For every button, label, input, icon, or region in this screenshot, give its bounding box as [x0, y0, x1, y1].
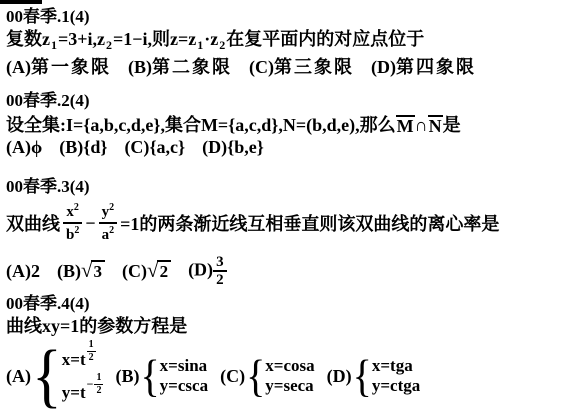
q1-body-text: =3+i,z: [58, 29, 105, 49]
question-2-choices: (A)ϕ (B){d} (C){a,c} (D){b,e}: [6, 136, 575, 158]
choice-label: (C): [220, 366, 245, 387]
q1-subscript: 1: [51, 38, 57, 52]
choice-label: (B): [59, 137, 83, 157]
q2-body-text: 是: [443, 114, 461, 136]
choice-label: (B): [128, 57, 152, 77]
question-2-heading: 00春季.2(4): [6, 90, 575, 112]
fraction-denominator: 2: [216, 272, 224, 289]
choice-text: 第四象限: [396, 57, 476, 77]
choice-text: {a,c}: [149, 137, 185, 157]
choice-label: (A): [6, 261, 31, 281]
choice-text: ϕ: [31, 137, 42, 157]
q1-body-text: 复数z: [6, 29, 50, 49]
q1-body-text: ·z: [204, 29, 218, 49]
exponent: 12: [87, 340, 96, 363]
choice-text: 第一象限: [31, 57, 111, 77]
choice-b: (B){d}: [59, 136, 107, 158]
intersection-symbol: ∩: [415, 114, 428, 136]
radicand: 2: [157, 260, 172, 280]
y-equation: y=csca: [160, 376, 208, 396]
choice-a: (A)2: [6, 261, 40, 282]
choice-label: (A): [6, 137, 31, 157]
y-equation: y=seca: [265, 376, 314, 396]
minus-operator: −: [85, 213, 95, 234]
fraction-denominator: a2: [99, 224, 118, 244]
question-4-choices: (A) { x=t12 y=t−12 (B) { x=sina y=csca (…: [6, 337, 575, 415]
choice-text: 第二象限: [152, 57, 232, 77]
parametric-system: x=cosa y=seca: [265, 356, 314, 396]
left-brace: {: [246, 353, 265, 399]
fraction-numerator: x2: [63, 202, 82, 224]
choice-a: (A)ϕ: [6, 136, 42, 158]
left-brace: {: [32, 340, 62, 411]
q1-subscript: 2: [219, 38, 225, 52]
choice-b: (B) { x=sina y=csca: [115, 356, 208, 396]
x-equation: x=sina: [160, 356, 208, 376]
choice-label: (D): [188, 259, 213, 279]
q1-subscript: 2: [106, 38, 112, 52]
choice-text: 第三象限: [274, 57, 354, 77]
left-brace: {: [140, 353, 159, 399]
choice-d: (D) { x=tga y=ctga: [327, 356, 421, 396]
choice-c: (C)第三象限: [249, 56, 354, 78]
question-4: 00春季.4(4) 曲线xy=1的参数方程是 (A) { x=t12 y=t−1…: [6, 293, 575, 415]
question-2: 00春季.2(4) 设全集:I={a,b,c,d,e},集合M={a,c,d},…: [6, 90, 575, 158]
question-3-choices: (A)2 (B)√3 (C)√2 (D)32: [6, 248, 575, 294]
choice-c: (C)√2: [122, 260, 171, 282]
fraction-denominator: b2: [63, 224, 82, 244]
choice-text: 2: [31, 261, 40, 281]
q1-body-text: 在复平面内的对应点位于: [226, 29, 424, 49]
left-brace: {: [353, 353, 372, 399]
choice-label: (A): [6, 366, 31, 387]
choice-d: (D)第四象限: [371, 56, 476, 78]
choice-label: (B): [57, 261, 81, 281]
question-1-heading: 00春季.1(4): [6, 6, 575, 28]
y-equation: y=t−12: [62, 376, 104, 409]
x-equation: x=cosa: [265, 356, 314, 376]
choice-b: (B)第二象限: [128, 56, 232, 78]
set-complement-n: N: [428, 115, 443, 136]
q3-body-text: 双曲线: [6, 210, 60, 236]
q2-body-text: 设全集:I={a,b,c,d,e},集合M={a,c,d},N=(b,d,e),…: [6, 114, 396, 136]
choice-b: (B)√3: [57, 260, 105, 282]
y-equation: y=ctga: [372, 376, 420, 396]
choice-d: (D)32: [188, 254, 227, 289]
parametric-system: x=t12 y=t−12: [62, 343, 104, 409]
choice-label: (B): [115, 366, 139, 387]
choice-label: (D): [327, 366, 352, 387]
exponent: −12: [87, 373, 104, 396]
scanned-exam-page: 00春季.1(4) 复数z1=3+i,z2=1−i,则z=z1·z2在复平面内的…: [0, 0, 575, 416]
choice-a: (A)第一象限: [6, 56, 111, 78]
q3-body-text: =1的两条渐近线互相垂直则该双曲线的离心率是: [120, 210, 499, 236]
question-4-body: 曲线xy=1的参数方程是: [6, 315, 575, 337]
question-1-body: 复数z1=3+i,z2=1−i,则z=z1·z2在复平面内的对应点位于: [6, 28, 575, 56]
fraction-x2-b2: x2 b2: [63, 202, 82, 245]
square-root: √2: [147, 260, 171, 281]
question-3-body: 双曲线 x2 b2 − y2 a2 =1的两条渐近线互相垂直则该双曲线的离心率是: [6, 198, 575, 248]
set-complement-m: M: [396, 115, 415, 136]
choice-label: (C): [249, 57, 274, 77]
choice-d: (D){b,e}: [202, 136, 264, 158]
q1-body-text: =1−i,则z=z: [113, 29, 196, 49]
parametric-system: x=sina y=csca: [160, 356, 208, 396]
question-3-heading: 00春季.3(4): [6, 176, 575, 198]
choice-text: {b,e}: [227, 137, 264, 157]
square-root: √3: [81, 260, 105, 281]
choice-c: (C) { x=cosa y=seca: [220, 356, 315, 396]
choice-label: (A): [6, 57, 31, 77]
question-3: 00春季.3(4) 双曲线 x2 b2 − y2 a2 =1的两条渐近线互相垂直…: [6, 176, 575, 294]
question-1: 00春季.1(4) 复数z1=3+i,z2=1−i,则z=z1·z2在复平面内的…: [6, 6, 575, 78]
choice-c: (C){a,c}: [124, 136, 185, 158]
question-2-body: 设全集:I={a,b,c,d,e},集合M={a,c,d},N=(b,d,e),…: [6, 112, 575, 136]
question-1-choices: (A)第一象限 (B)第二象限 (C)第三象限 (D)第四象限: [6, 56, 575, 78]
x-equation: x=tga: [372, 356, 420, 376]
fraction-numerator: y2: [99, 202, 118, 224]
choice-text: {d}: [83, 137, 107, 157]
fraction-y2-a2: y2 a2: [99, 202, 118, 245]
q1-subscript: 1: [197, 38, 203, 52]
scan-artifact-mark: [0, 0, 42, 4]
choice-a: (A) { x=t12 y=t−12: [6, 343, 103, 409]
choice-label: (D): [371, 57, 396, 77]
minus-sign: −: [87, 377, 94, 392]
radicand: 3: [91, 260, 106, 280]
fraction-numerator: 3: [213, 254, 227, 273]
choice-label: (C): [124, 137, 149, 157]
question-4-heading: 00春季.4(4): [6, 293, 575, 315]
fraction-3-2: 32: [213, 254, 227, 289]
choice-label: (D): [202, 137, 227, 157]
choice-label: (C): [122, 261, 147, 281]
parametric-system: x=tga y=ctga: [372, 356, 420, 396]
